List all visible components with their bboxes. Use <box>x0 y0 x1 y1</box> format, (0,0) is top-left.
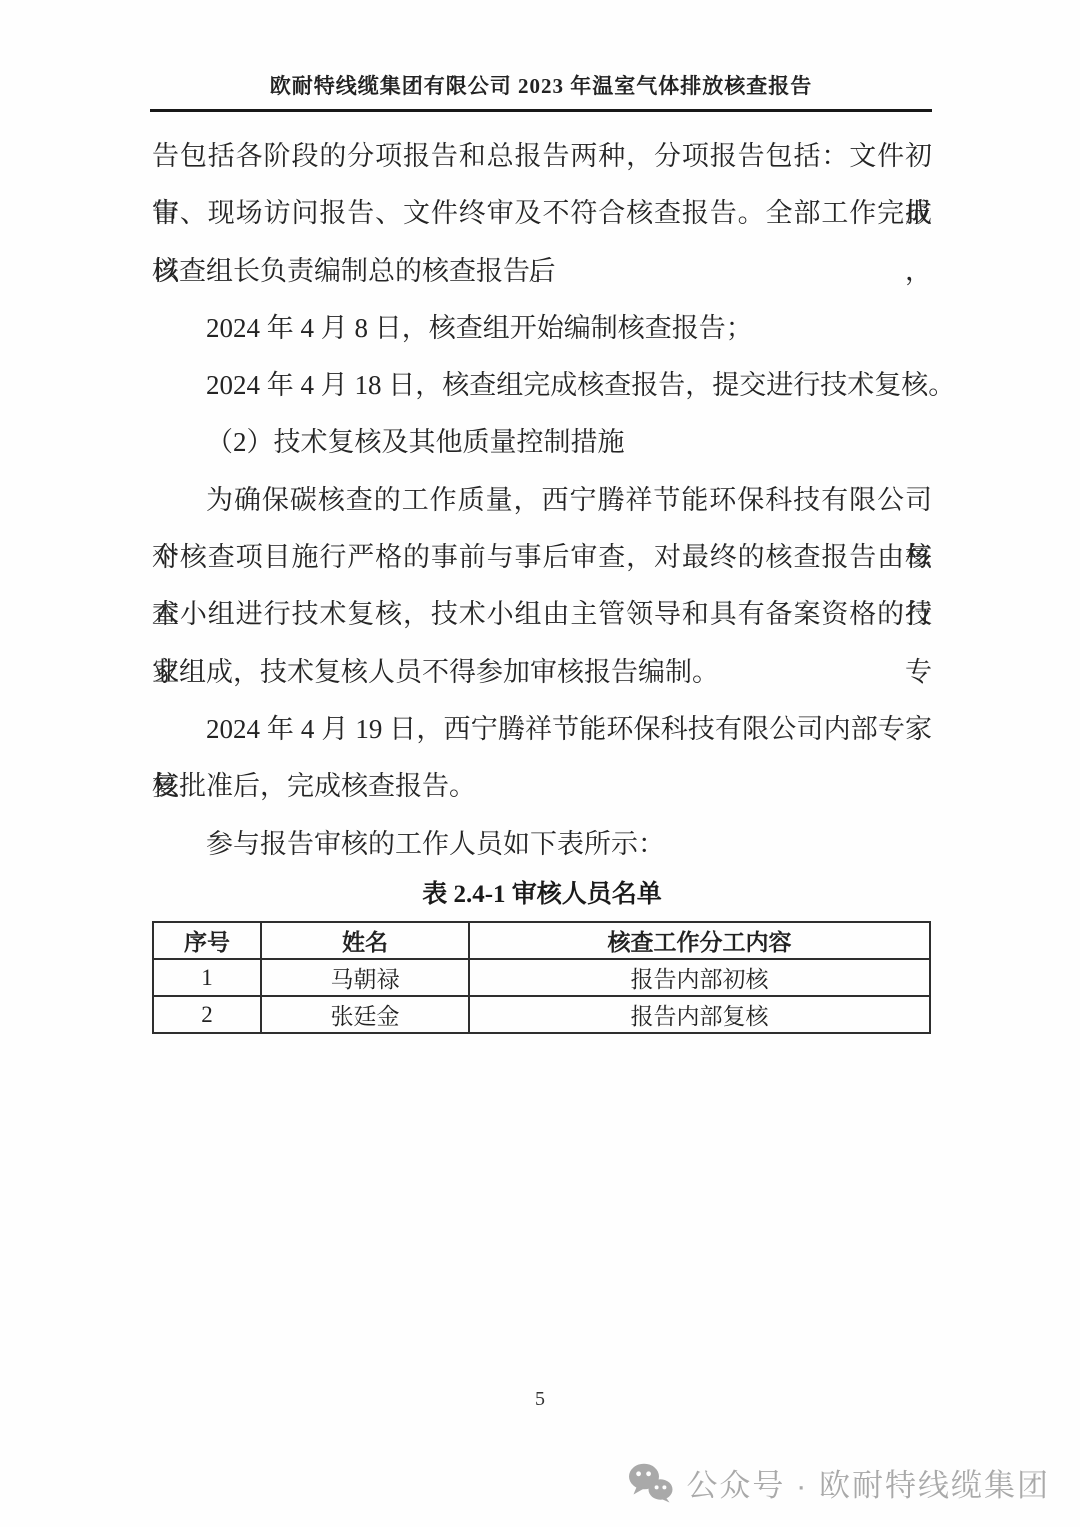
table-cell: 马朝禄 <box>261 959 469 996</box>
body-line-13: 参与报告审核的工作人员如下表所示： <box>152 816 932 873</box>
body-line-12: 核批准后，完成核查报告。 <box>152 758 932 815</box>
body-line-7: 为确保碳核查的工作质量，西宁腾祥节能环保科技有限公司对每 <box>152 472 932 529</box>
watermark: 公众号 · 欧耐特线缆集团 <box>628 1460 1050 1505</box>
table-cell: 2 <box>153 996 261 1033</box>
body-line-1: 告包括各阶段的分项报告和总报告两种，分项报告包括：文件初审报 <box>152 128 932 185</box>
table-row: 1马朝禄报告内部初核 <box>153 959 930 996</box>
table-cell: 报告内部初核 <box>469 959 930 996</box>
watermark-text: 公众号 · 欧耐特线缆集团 <box>686 1460 1050 1505</box>
body-line-9: 术小组进行技术复核，技术小组由主管领导和具有备案资格的行业专 <box>152 586 932 643</box>
body-line-11: 2024 年 4 月 19 日，西宁腾祥节能环保科技有限公司内部专家复 <box>152 701 932 758</box>
body-line-5: 2024 年 4 月 18 日，核查组完成核查报告，提交进行技术复核。 <box>152 357 932 414</box>
page-header-title: 欧耐特线缆集团有限公司 2023 年温室气体排放核查报告 <box>150 70 932 112</box>
body-line-2: 告、现场访问报告、文件终审及不符合核查报告。全部工作完成以后， <box>152 185 932 242</box>
table-cell: 张廷金 <box>261 996 469 1033</box>
table-body: 1马朝禄报告内部初核2张廷金报告内部复核 <box>153 959 930 1033</box>
page-number: 5 <box>0 1388 1080 1411</box>
column-header: 姓名 <box>261 922 469 959</box>
body-text: 告包括各阶段的分项报告和总报告两种，分项报告包括：文件初审报告、现场访问报告、文… <box>152 128 932 873</box>
table-cell: 报告内部复核 <box>469 996 930 1033</box>
table-header-row: 序号姓名核查工作分工内容 <box>153 922 930 959</box>
column-header: 序号 <box>153 922 261 959</box>
body-line-8: 个核查项目施行严格的事前与事后审查，对最终的核查报告由核查技 <box>152 529 932 586</box>
wechat-icon <box>628 1463 675 1503</box>
table-caption: 表 2.4-1 审核人员名单 <box>152 874 932 910</box>
body-line-6: （2）技术复核及其他质量控制措施 <box>152 414 932 471</box>
body-line-4: 2024 年 4 月 8 日，核查组开始编制核查报告； <box>152 300 932 357</box>
audit-staff-table: 序号姓名核查工作分工内容 1马朝禄报告内部初核2张廷金报告内部复核 <box>152 921 931 1034</box>
table-cell: 1 <box>153 959 261 996</box>
column-header: 核查工作分工内容 <box>469 922 930 959</box>
report-page: 欧耐特线缆集团有限公司 2023 年温室气体排放核查报告 告包括各阶段的分项报告… <box>0 0 1080 1527</box>
table-row: 2张廷金报告内部复核 <box>153 996 930 1033</box>
